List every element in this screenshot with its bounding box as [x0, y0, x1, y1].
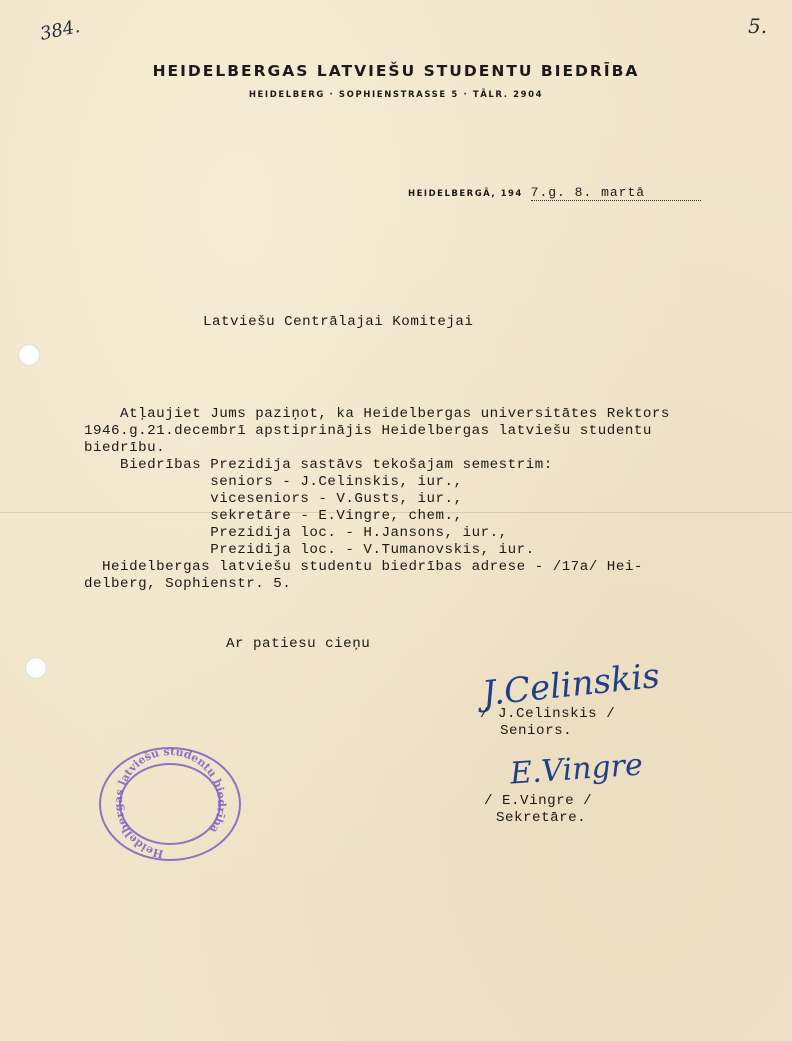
dateline-place: HEIDELBERGĀ, 194 [408, 189, 523, 199]
body-line: 1946.g.21.decembrī apstiprinājis Heidelb… [84, 423, 652, 440]
body-line: Prezidija loc. - H.Jansons, iur., [84, 525, 508, 542]
signer-role-sekretare: Sekretāre. [496, 810, 586, 827]
signer-role-seniors: Seniors. [500, 723, 572, 740]
signer-name-vingre: / E.Vingre / [484, 793, 592, 810]
letterhead-address: HEIDELBERG · SOPHIENSTRASSE 5 · TĀLR. 29… [0, 90, 792, 100]
dateline-date: 7.g. 8. martā [531, 185, 701, 201]
body-line: Prezidija loc. - V.Tumanovskis, iur. [84, 542, 535, 559]
closing: Ar patiesu cieņu [226, 636, 370, 653]
punch-hole [18, 344, 40, 366]
letter-page: 384. 5. HEIDELBERGAS LATVIEŠU STUDENTU B… [0, 0, 792, 1041]
body-line: biedrību. [84, 440, 165, 457]
archive-number: 384. [38, 16, 82, 45]
body-line: Biedrības Prezidija sastāvs tekošajam se… [84, 457, 553, 474]
body-line: seniors - J.Celinskis, iur., [84, 474, 463, 491]
page-number: 5. [748, 14, 767, 38]
body-line: Atļaujiet Jums paziņot, ka Heidelbergas … [84, 406, 670, 423]
dateline: HEIDELBERGĀ, 194 7.g. 8. martā [408, 185, 746, 201]
body-line: Heidelbergas latviešu studentu biedrības… [84, 559, 643, 576]
body-line: viceseniors - V.Gusts, iur., [84, 491, 463, 508]
signer-name-celinskis: / J.Celinskis / [480, 706, 615, 723]
body-line: delberg, Sophienstr. 5. [84, 576, 291, 593]
punch-hole [25, 657, 47, 679]
body-line: sekretāre - E.Vingre, chem., [84, 508, 463, 525]
letterhead-title: HEIDELBERGAS LATVIEŠU STUDENTU BIEDRĪBA [0, 62, 792, 80]
recipient: Latviešu Centrālajai Komitejai [203, 314, 473, 331]
society-stamp: Heidelbergas latviešu studentu biedrība [96, 745, 244, 863]
signature-vingre: E.Vingre [509, 747, 644, 791]
